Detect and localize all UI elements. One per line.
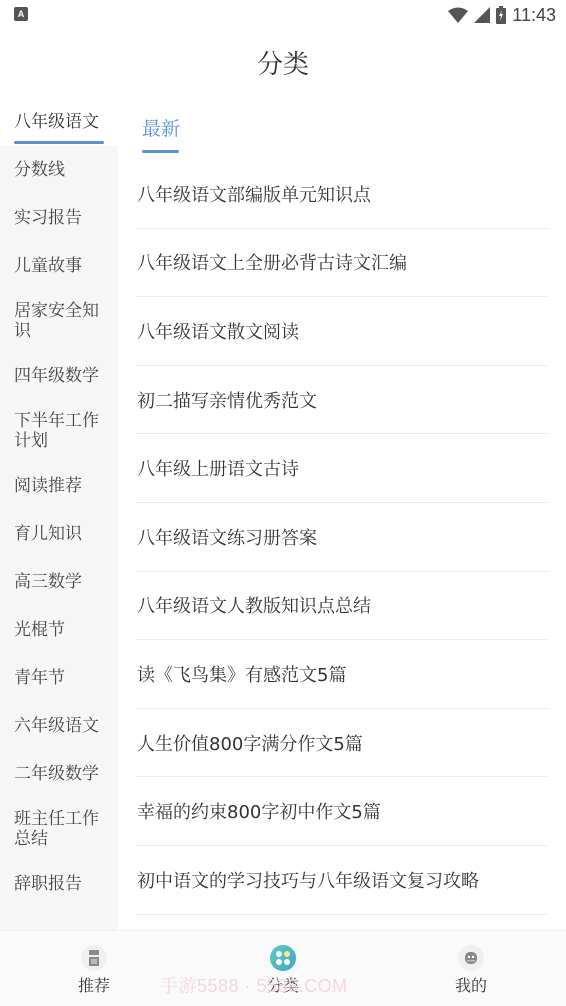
sidebar-item-resignation[interactable]: 辞职报告 bbox=[0, 860, 118, 908]
sidebar-item-home-safety[interactable]: 居家安全知识 bbox=[0, 290, 118, 352]
sidebar-item-label: 六年级语文 bbox=[14, 716, 99, 736]
article-list: 八年级语文部编版单元知识点 八年级语文上全册必背古诗文汇编 八年级语文散文阅读 … bbox=[136, 160, 548, 915]
sidebar-item-children-stories[interactable]: 儿童故事 bbox=[0, 242, 118, 290]
list-item[interactable]: 八年级上册语文古诗 bbox=[136, 434, 548, 503]
sidebar-item-grade4-math[interactable]: 四年级数学 bbox=[0, 352, 118, 400]
sidebar-item-label: 班主任工作总结 bbox=[14, 809, 104, 849]
sidebar-item-grade12-math[interactable]: 高三数学 bbox=[0, 558, 118, 606]
list-item[interactable]: 八年级语文部编版单元知识点 bbox=[136, 160, 548, 229]
sidebar-item-label: 二年级数学 bbox=[14, 764, 99, 784]
sidebar-item-label: 四年级数学 bbox=[14, 366, 99, 386]
list-item[interactable]: 八年级语文人教版知识点总结 bbox=[136, 572, 548, 641]
list-item[interactable]: 初二描写亲情优秀范文 bbox=[136, 366, 548, 435]
nav-label: 我的 bbox=[455, 973, 487, 996]
sidebar-item-work-plan[interactable]: 下半年工作计划 bbox=[0, 400, 118, 462]
sidebar-item-singles-day[interactable]: 光棍节 bbox=[0, 606, 118, 654]
sidebar-item-grade2-math[interactable]: 二年级数学 bbox=[0, 750, 118, 798]
list-item[interactable]: 读《飞鸟集》有感范文5篇 bbox=[136, 640, 548, 709]
sidebar-item-label: 青年节 bbox=[14, 668, 65, 688]
nav-label: 分类 bbox=[267, 973, 299, 996]
sidebar-item-label: 分数线 bbox=[14, 160, 65, 180]
list-item[interactable]: 人生价值800字满分作文5篇 bbox=[136, 709, 548, 778]
sidebar-item-label: 下半年工作计划 bbox=[14, 411, 104, 451]
list-item[interactable]: 八年级语文上全册必背古诗文汇编 bbox=[136, 229, 548, 298]
sidebar-item-grade6-chinese[interactable]: 六年级语文 bbox=[0, 702, 118, 750]
page-title: 分类 bbox=[0, 44, 566, 81]
sidebar-item-grade8-chinese[interactable]: 八年级语文 bbox=[0, 98, 118, 146]
sidebar-item-label: 辞职报告 bbox=[14, 874, 82, 894]
sidebar-item-label: 八年级语文 bbox=[14, 112, 99, 132]
sidebar-item-internship-report[interactable]: 实习报告 bbox=[0, 194, 118, 242]
list-item[interactable]: 八年级语文练习册答案 bbox=[136, 503, 548, 572]
bottom-nav: 推荐 分类 我的 bbox=[0, 930, 566, 1006]
sidebar-item-youth-day[interactable]: 青年节 bbox=[0, 654, 118, 702]
notification-icon: A bbox=[14, 7, 28, 21]
active-indicator bbox=[14, 141, 104, 144]
sidebar-item-label: 儿童故事 bbox=[14, 256, 82, 276]
nav-label: 推荐 bbox=[78, 973, 110, 996]
category-sidebar: 八年级语文 分数线 实习报告 儿童故事 居家安全知识 四年级数学 下半年工作计划… bbox=[0, 98, 118, 930]
nav-category[interactable]: 分类 bbox=[243, 945, 323, 996]
sidebar-item-label: 光棍节 bbox=[14, 620, 65, 640]
profile-icon bbox=[458, 945, 484, 971]
recommend-icon bbox=[81, 945, 107, 971]
sidebar-item-label: 育儿知识 bbox=[14, 524, 82, 544]
sidebar-item-score-line[interactable]: 分数线 bbox=[0, 146, 118, 194]
wifi-icon bbox=[448, 7, 468, 23]
sidebar-item-reading[interactable]: 阅读推荐 bbox=[0, 462, 118, 510]
sidebar-item-label: 居家安全知识 bbox=[14, 301, 104, 341]
sidebar-item-label: 高三数学 bbox=[14, 572, 82, 592]
category-icon bbox=[270, 945, 296, 971]
list-item[interactable]: 初中语文的学习技巧与八年级语文复习攻略 bbox=[136, 846, 548, 915]
signal-icon bbox=[474, 7, 490, 23]
list-item[interactable]: 八年级语文散文阅读 bbox=[136, 297, 548, 366]
sidebar-item-label: 阅读推荐 bbox=[14, 476, 82, 496]
tab-indicator bbox=[142, 150, 179, 153]
list-item[interactable]: 幸福的约束800字初中作文5篇 bbox=[136, 777, 548, 846]
tab-latest[interactable]: 最新 bbox=[142, 114, 180, 141]
nav-recommend[interactable]: 推荐 bbox=[54, 945, 134, 996]
status-bar: A 11:43 bbox=[0, 0, 566, 30]
clock: 11:43 bbox=[512, 5, 556, 26]
sidebar-item-label: 实习报告 bbox=[14, 208, 82, 228]
battery-charging-icon bbox=[496, 6, 506, 24]
sidebar-item-parenting[interactable]: 育儿知识 bbox=[0, 510, 118, 558]
sidebar-item-teacher-summary[interactable]: 班主任工作总结 bbox=[0, 798, 118, 860]
nav-profile[interactable]: 我的 bbox=[431, 945, 511, 996]
